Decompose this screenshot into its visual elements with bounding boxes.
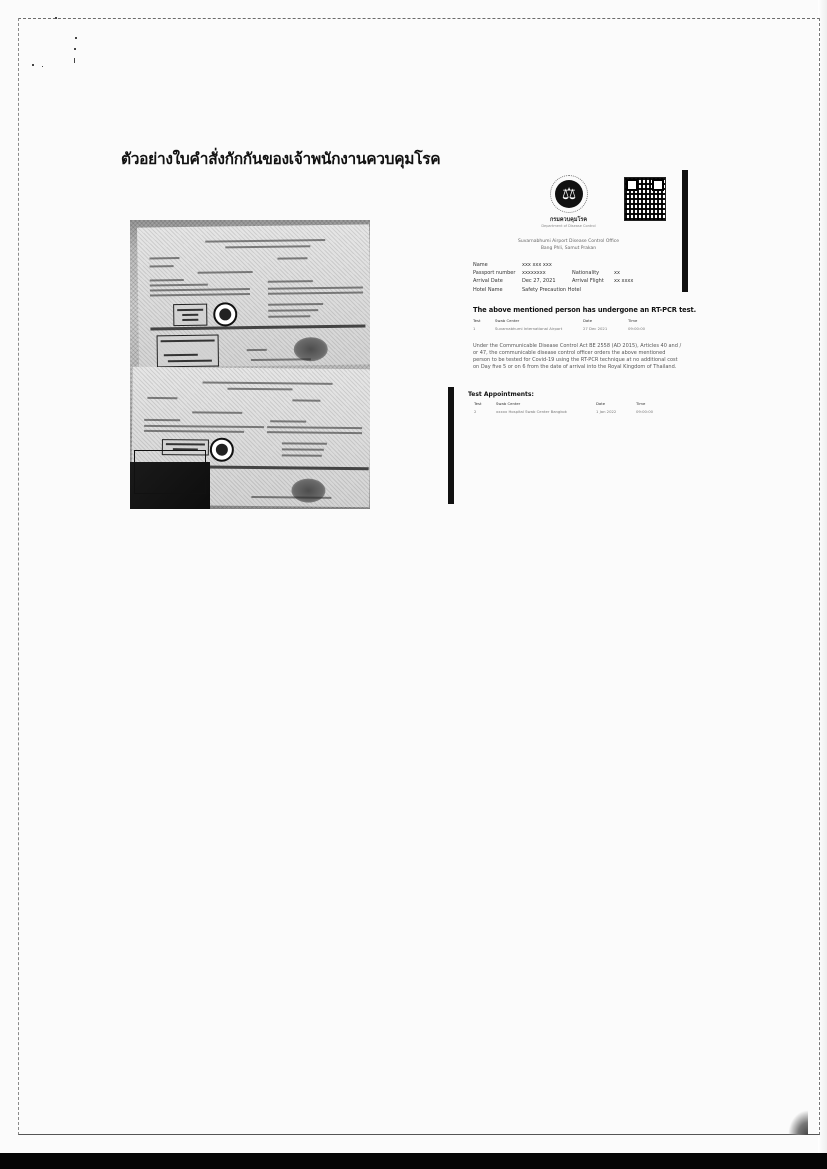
- column-header: Time: [636, 400, 682, 407]
- scan-corner-marks: [0, 0, 90, 70]
- scan-smudge: [788, 1110, 808, 1135]
- field-label: Arrival Flight: [572, 278, 614, 284]
- table-cell: 09:00:00: [636, 407, 682, 415]
- table-row: 2 xxxxx Hospital Swab Center Bangkok 1 J…: [474, 407, 682, 415]
- address-line-2: Bang Phli, Samut Prakan: [455, 246, 682, 251]
- table-cell: 09:00:00: [628, 324, 683, 332]
- appointments-table: Test Swab Center Date Time 2 xxxxx Hospi…: [474, 400, 682, 415]
- address-line-1: Suvarnabhumi Airport Disease Control Off…: [455, 239, 682, 244]
- column-header: Time: [628, 317, 683, 324]
- official-seal-icon-2: [291, 478, 325, 502]
- page-title: ตัวอย่างใบคำสั่งกักกันของเจ้าพนักงานควบค…: [121, 146, 440, 171]
- info-row-name: Name xxx xxx xxx: [473, 261, 678, 269]
- table-cell: xxxxx Hospital Swab Center Bangkok: [496, 407, 596, 415]
- column-header: Swab Center: [496, 400, 596, 407]
- scan-edge-bottom: [0, 1153, 827, 1169]
- page-border: [18, 18, 820, 1135]
- table-cell: Suvarnabhumi International Airport: [495, 324, 583, 332]
- tested-table: Test Swab Center Date Time 1 Suvarnabhum…: [473, 317, 683, 332]
- legal-paragraph: Under the Communicable Disease Control A…: [473, 343, 683, 371]
- table-cell: 27 Dec 2021: [583, 324, 628, 332]
- ddc-emblem-icon: [213, 302, 237, 326]
- column-header: Swab Center: [495, 317, 583, 324]
- appointments-heading: Test Appointments:: [468, 391, 534, 398]
- table-cell: 1: [473, 324, 495, 332]
- field-value: xx: [614, 270, 620, 276]
- info-row-passport: Passport number xxxxxxxx Nationality xx: [473, 269, 678, 277]
- field-value: xxx xxx xxx: [522, 262, 572, 268]
- scan-bar-right: [682, 170, 688, 292]
- field-label: Name: [473, 262, 522, 268]
- field-value: xxxxxxxx: [522, 270, 572, 276]
- field-value: Dec 27, 2021: [522, 278, 572, 284]
- column-header: Test: [474, 400, 496, 407]
- quarantine-order-photo: [130, 220, 370, 509]
- tested-heading: The above mentioned person has undergone…: [473, 306, 696, 314]
- field-label: Nationality: [572, 270, 614, 276]
- photo-shadow: [130, 462, 210, 509]
- scan-bar-left: [448, 387, 454, 504]
- rt-pcr-certificate: ⚖ กรมควบคุมโรค Department of Disease Con…: [455, 165, 690, 510]
- info-row-hotel: Hotel Name Safety Precaution Hotel: [473, 286, 678, 294]
- ddc-logo-icon: ⚖: [550, 175, 588, 213]
- column-header: Date: [583, 317, 628, 324]
- field-label: Hotel Name: [473, 287, 522, 293]
- column-header: Date: [596, 400, 636, 407]
- field-label: Passport number: [473, 270, 522, 276]
- info-row-arrival: Arrival Date Dec 27, 2021 Arrival Flight…: [473, 277, 678, 285]
- ddc-emblem-icon-2: [210, 438, 234, 462]
- organization-subtitle: Department of Disease Control: [455, 224, 682, 228]
- table-cell: 1 Jan 2022: [596, 407, 636, 415]
- field-label: Arrival Date: [473, 278, 522, 284]
- qr-code-icon: [625, 178, 665, 220]
- table-cell: 2: [474, 407, 496, 415]
- table-row: 1 Suvarnabhumi International Airport 27 …: [473, 324, 683, 332]
- traveler-info: Name xxx xxx xxx Passport number xxxxxxx…: [473, 261, 678, 294]
- order-sheet-top: [137, 224, 370, 367]
- field-value: xx xxxx: [614, 278, 633, 284]
- field-value: Safety Precaution Hotel: [522, 287, 581, 293]
- organization-name: กรมควบคุมโรค: [455, 216, 682, 224]
- column-header: Test: [473, 317, 495, 324]
